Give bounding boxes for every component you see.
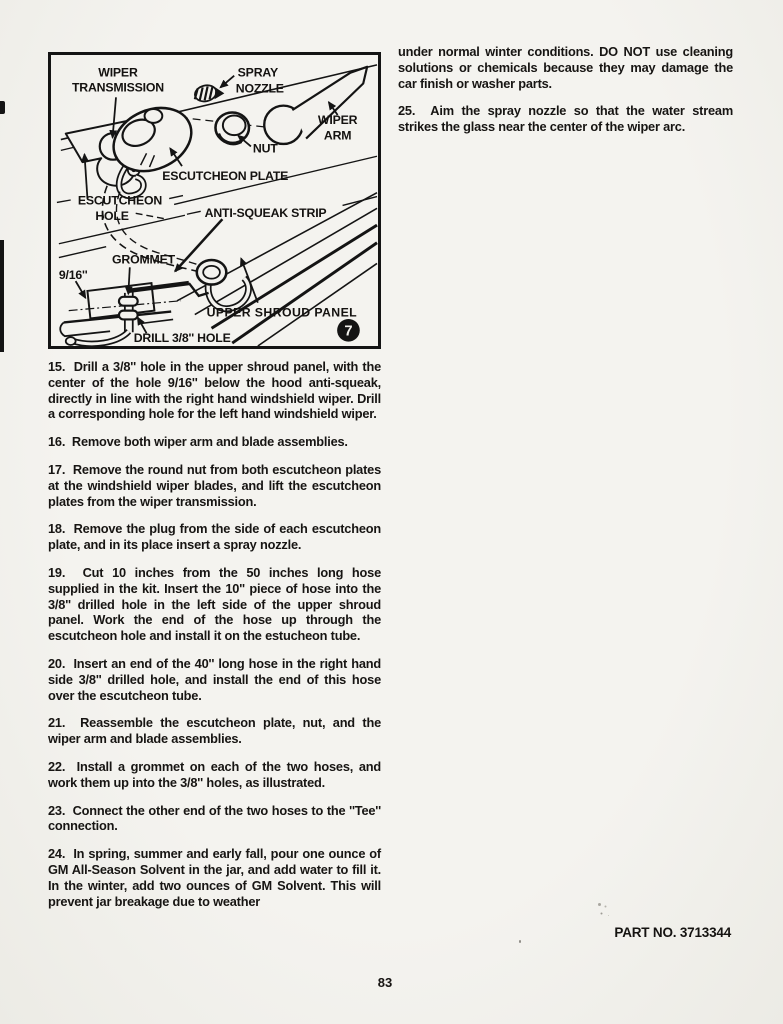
wiper-shaft-drawing: [145, 109, 163, 123]
label-wiper-arm: ARM: [324, 129, 351, 143]
label-grommet: GROMMET: [112, 252, 176, 266]
label-spray-nozzle: SPRAY: [238, 66, 278, 80]
label-nut: NUT: [253, 141, 278, 155]
step-16: 16. Remove both wiper arm and blade asse…: [48, 434, 381, 450]
page-number: 83: [0, 975, 770, 990]
manual-page: WIPER TRANSMISSION SPRAY NOZZLE WIPER AR…: [0, 0, 783, 1024]
figure-7-box: WIPER TRANSMISSION SPRAY NOZZLE WIPER AR…: [48, 52, 381, 349]
label-upper-shroud-panel: UPPER SHROUD PANEL: [207, 306, 358, 320]
scan-speck: [519, 940, 521, 943]
step-21: 21. Reassemble the escutcheon plate, nut…: [48, 715, 381, 747]
part-number: PART NO. 3713344: [565, 925, 731, 940]
step-20: 20. Insert an end of the 40'' long hose …: [48, 656, 381, 703]
label-drill-hole: DRILL 3/8'' HOLE: [134, 331, 231, 345]
scan-artifact: [0, 240, 4, 352]
label-spray-nozzle: NOZZLE: [236, 81, 284, 95]
label-wiper-transmission: WIPER: [98, 66, 138, 80]
left-column: 15. Drill a 3/8'' hole in the upper shro…: [48, 359, 381, 921]
label-escutcheon-hole: ESCUTCHEON: [78, 193, 163, 207]
label-anti-squeak-strip: ANTI-SQUEAK STRIP: [205, 206, 327, 220]
label-escutcheon-hole: HOLE: [95, 209, 128, 223]
hose-loop-drawing: [197, 260, 249, 309]
step-17: 17. Remove the round nut from both escut…: [48, 462, 381, 509]
nut-drawing: [215, 113, 248, 144]
step-23: 23. Connect the other end of the two hos…: [48, 803, 381, 835]
wiper-arm-drawing: [264, 67, 367, 144]
right-column: under normal winter conditions. DO NOT u…: [398, 44, 733, 147]
step-18: 18. Remove the plug from the side of eac…: [48, 521, 381, 553]
scan-artifact: [0, 101, 5, 114]
step-24-continuation: under normal winter conditions. DO NOT u…: [398, 44, 733, 91]
figure-number-badge: 7: [337, 319, 360, 342]
step-25: 25. Aim the spray nozzle so that the wat…: [398, 103, 733, 135]
figure-number: 7: [344, 324, 352, 340]
spray-nozzle-drawing: [193, 83, 224, 103]
label-wiper-transmission: TRANSMISSION: [72, 80, 164, 94]
step-24: 24. In spring, summer and early fall, po…: [48, 846, 381, 909]
step-15: 15. Drill a 3/8'' hole in the upper shro…: [48, 359, 381, 422]
step-19: 19. Cut 10 inches from the 50 inches lon…: [48, 565, 381, 644]
figure-7-diagram: WIPER TRANSMISSION SPRAY NOZZLE WIPER AR…: [51, 55, 378, 346]
grommet-drawing: [119, 297, 138, 306]
step-22: 22. Install a grommet on each of the two…: [48, 759, 381, 791]
label-wiper-arm: WIPER: [318, 113, 358, 127]
scan-smudge: [598, 903, 601, 906]
label-escutcheon-plate: ESCUTCHEON PLATE: [162, 169, 288, 183]
label-dimension-9-16: 9/16'': [59, 268, 88, 282]
